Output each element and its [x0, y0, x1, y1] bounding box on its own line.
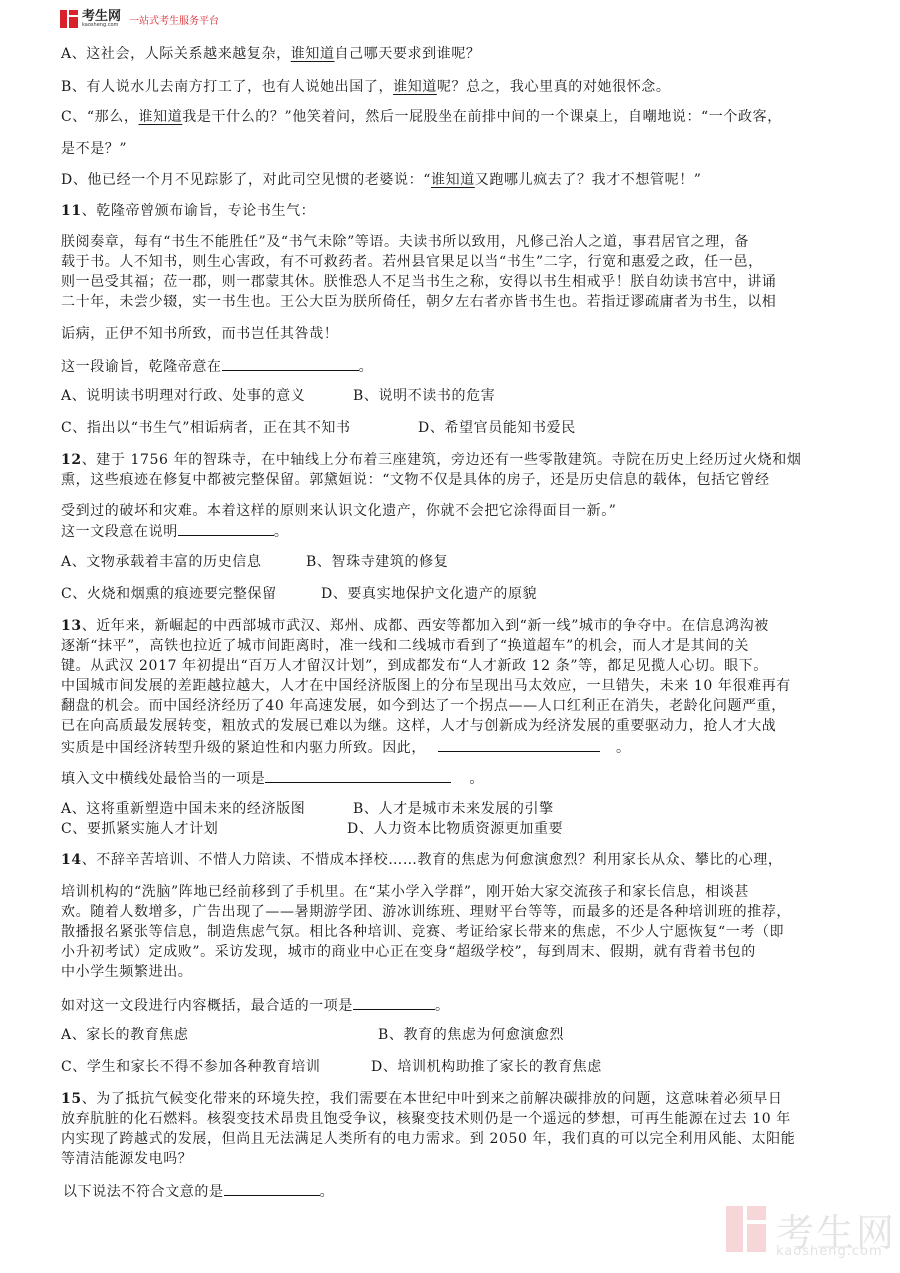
q12-passage-line: 受到过的破坏和灾难。本着这样的原则来认识文化遗产，你就不会把它涂得面目一新。”	[61, 502, 617, 520]
q11-passage-line: 二十年，未尝少辍，实一书生也。王公大臣为朕所倚任，朝夕左右者亦皆书生也。若指迂谬…	[61, 293, 776, 311]
q13-option-d: D、人力资本比物质资源更加重要	[347, 820, 563, 838]
passage-text: 、近年来，新崛起的中西部城市武汉、郑州、成都、西安等都加入到“新一线”城市的争夺…	[82, 618, 769, 634]
q12-passage-line: 12、建于 1756 年的智珠寺，在中轴线上分布着三座建筑，旁边还有一些零散建筑…	[61, 451, 801, 469]
q10-option-b: B、有人说水儿去南方打工了，也有人说她出国了，谁知道呢？总之，我心里真的对她很怀…	[61, 78, 671, 96]
option-text: C、“那么，	[61, 109, 138, 125]
q13-passage-line: 逐渐“抹平”，高铁也拉近了城市间距离时，准一线和二线城市看到了“换道超车”的机会…	[61, 637, 749, 655]
question-number: 11	[61, 203, 82, 219]
q13-option-b: B、人才是城市未来发展的引擎	[353, 800, 554, 818]
passage-text: 、不辞辛苦培训、不惜人力陪读、不惜成本择校……教育的焦虑为何愈演愈烈？利用家长从…	[82, 852, 783, 868]
prompt-text: 这一文段意在说明	[61, 524, 178, 540]
prompt-end: 。	[359, 359, 374, 375]
q13-passage-line: 翻盘的机会。而中国经济经历了40 年高速发展，如今到达了一个拐点——人口红利正在…	[61, 697, 786, 715]
q11-passage-line: 则一邑受其福；莅一郡，则一郡蒙其休。朕惟恐人不足当书生之称，安得以书生相戒乎！朕…	[61, 273, 776, 291]
q15-passage-line: 内实现了跨越式的发展，但尚且无法满足人类所有的电力需求。到 2050 年，我们真…	[61, 1130, 795, 1148]
q14-prompt: 如对这一文段进行内容概括，最合适的一项是。	[61, 995, 450, 1015]
option-text: 呢？总之，我心里真的对她很怀念。	[437, 79, 671, 95]
prompt-text: 这一段谕旨，乾隆帝意在	[61, 359, 222, 375]
underlined-phrase: 谁知道	[393, 79, 437, 95]
q11-option-a: A、说明读书明理对行政、处事的意义	[61, 387, 305, 405]
q12-option-a: A、文物承载着丰富的历史信息	[61, 553, 262, 571]
answer-blank	[353, 995, 435, 1010]
answer-blank	[438, 737, 600, 752]
answer-blank	[224, 1181, 320, 1196]
q10-option-d: D、他已经一个月不见踪影了，对此司空见惯的老婆说：“谁知道又跑哪儿疯去了？我才不…	[61, 171, 702, 189]
question-number: 12	[61, 452, 82, 468]
prompt-text: 如对这一文段进行内容概括，最合适的一项是	[61, 998, 353, 1014]
q12-option-b: B、智珠寺建筑的修复	[306, 553, 448, 571]
q11-title: 11、乾隆帝曾颁布谕旨，专论书生气：	[61, 202, 315, 220]
q13-passage-line: 键。从武汉 2017 年初提出“百万人才留汉计划”，到成都发布“人才新政 12 …	[61, 657, 768, 675]
watermark-logo-icon	[726, 1206, 766, 1252]
q14-option-b: B、教育的焦虑为何愈演愈烈	[378, 1026, 564, 1044]
answer-blank	[222, 356, 359, 371]
q15-passage-line: 放弃肮脏的化石燃料。核裂变技术昂贵且饱受争议，核聚变技术则仍是一个遥远的梦想，可…	[61, 1110, 791, 1128]
site-header: 考生网 kaosheng.com 一站式考生服务平台	[60, 7, 219, 31]
q14-passage-line: 小升初考试）定成败”。采访发现，城市的商业中心正在变身“超级学校”，每到周末、假…	[61, 943, 756, 961]
q11-passage-line: 载于书。人不知书，则生心害政，有不可救药者。若州县官果足以当“书生”二字，行宽和…	[61, 253, 763, 271]
prompt-text: 以下说法不符合文意的是	[63, 1184, 224, 1200]
q11-option-c: C、指出以“书生气”相诟病者，正在其不知书	[61, 419, 351, 437]
underlined-phrase: 谁知道	[138, 109, 182, 125]
answer-blank	[178, 521, 274, 536]
prompt-text: 填入文中横线处最恰当的一项是	[61, 771, 265, 787]
question-number: 14	[61, 852, 82, 868]
q11-passage-line: 诟病，正伊不知书所致，而书岂任其咎哉！	[61, 325, 338, 343]
q13-passage-line: 实质是中国经济转型升级的紧迫性和内驱力所致。因此，。	[61, 737, 631, 757]
q11-prompt: 这一段谕旨，乾隆帝意在。	[61, 356, 373, 376]
logo-en-text: kaosheng.com	[82, 23, 121, 28]
logo-wordmark: 考生网 kaosheng.com	[82, 10, 121, 28]
q14-option-a: A、家长的教育焦虑	[61, 1026, 189, 1044]
prompt-end: 。	[320, 1184, 335, 1200]
passage-text: 、为了抵抗气候变化带来的环境失控，我们需要在本世纪中叶到来之前解决碳排放的问题，…	[82, 1091, 783, 1107]
underlined-phrase: 谁知道	[291, 46, 335, 62]
prompt-end: 。	[274, 524, 289, 540]
q14-passage-line: 中小学生频繁进出。	[61, 963, 192, 981]
q12-passage-line: 熏，这些痕迹在修复中都被完整保留。郭黛姮说：“文物不仅是具体的房子，还是历史信息…	[61, 471, 770, 489]
q11-option-d: D、希望官员能知书爱民	[418, 419, 576, 437]
q12-option-d: D、要真实地保护文化遗产的原貌	[321, 585, 537, 603]
answer-blank	[265, 768, 451, 783]
question-number: 15	[61, 1091, 82, 1107]
passage-text: 、建于 1756 年的智珠寺，在中轴线上分布着三座建筑，旁边还有一些零散建筑。寺…	[82, 452, 802, 468]
passage-text: 实质是中国经济转型升级的紧迫性和内驱力所致。因此，	[61, 740, 426, 756]
q13-passage-line: 已在向高质最发展转变，粗放式的发展已难以为继。这样，人才与创新成为经济发展的重要…	[61, 717, 776, 735]
passage-end: 。	[616, 740, 631, 756]
option-text: 又跑哪儿疯去了？我才不想管呢！”	[475, 172, 702, 188]
q10-option-c: C、“那么，谁知道我是干什么的？”他笑着问，然后一屁股坐在前排中间的一个课桌上，…	[61, 108, 782, 126]
q13-passage-line: 13、近年来，新崛起的中西部城市武汉、郑州、成都、西安等都加入到“新一线”城市的…	[61, 617, 769, 635]
q13-prompt: 填入文中横线处最恰当的一项是。	[61, 768, 484, 788]
watermark-en-text: kaosheng.com	[776, 1244, 883, 1259]
q13-passage-line: 中国城市间发展的差距越拉越大，人才在中国经济版图上的分布呈现出马太效应，一旦错失…	[61, 677, 791, 695]
prompt-end: 。	[435, 998, 450, 1014]
option-text: 我是干什么的？”他笑着问，然后一屁股坐在前排中间的一个课桌上，自嘲地说：“一个政…	[182, 109, 782, 125]
q14-option-c: C、学生和家长不得不参加各种教育培训	[61, 1058, 321, 1076]
q13-option-c: C、要抓紧实施人才计划	[61, 820, 218, 838]
option-text: B、有人说水儿去南方打工了，也有人说她出国了，	[61, 79, 393, 95]
q14-passage-line: 培训机构的“洗脑”阵地已经前移到了手机里。在“某小学入学群”，刚开始大家交流孩子…	[61, 883, 749, 901]
kaosheng-logo-icon	[60, 10, 78, 28]
option-text: D、他已经一个月不见踪影了，对此司空见惯的老婆说：“	[61, 172, 431, 188]
header-slogan: 一站式考生服务平台	[129, 12, 219, 27]
q10-option-a: A、这社会，人际关系越来越复杂，谁知道自己哪天要求到谁呢？	[61, 45, 481, 63]
q15-passage-line: 15、为了抵抗气候变化带来的环境失控，我们需要在本世纪中叶到来之前解决碳排放的问…	[61, 1090, 782, 1108]
q14-passage-line: 欢。随着人数增多，广告出现了——暑期游学团、游冰训练班、理财平台等等，而最多的还…	[61, 903, 791, 921]
question-title: 、乾隆帝曾颁布谕旨，专论书生气：	[82, 203, 316, 219]
q13-option-a: A、这将重新塑造中国未来的经济版图	[61, 800, 305, 818]
q15-prompt: 以下说法不符合文意的是。	[63, 1181, 334, 1201]
q12-option-c: C、火烧和烟熏的痕迹要完整保留	[61, 585, 277, 603]
kaosheng-watermark: 考生网 kaosheng.com	[726, 1206, 896, 1266]
option-text: 自己哪天要求到谁呢？	[335, 46, 481, 62]
q14-title: 14、不辞辛苦培训、不惜人力陪读、不惜成本择校……教育的焦虑为何愈演愈烈？利用家…	[61, 851, 782, 869]
prompt-end: 。	[469, 771, 484, 787]
q15-passage-line: 等清洁能源发电吗？	[61, 1150, 192, 1168]
option-text: A、这社会，人际关系越来越复杂，	[61, 46, 291, 62]
q10-option-c-cont: 是不是？”	[61, 140, 127, 158]
q11-option-b: B、说明不读书的危害	[353, 387, 495, 405]
underlined-phrase: 谁知道	[431, 172, 475, 188]
q12-prompt: 这一文段意在说明。	[61, 521, 288, 541]
q14-passage-line: 散播报名紧张等信息，制造焦虑气氛。相比各种培训、竞赛、考证给家长带来的焦虑，不少…	[61, 923, 784, 941]
question-number: 13	[61, 618, 82, 634]
q11-passage-line: 朕阅奏章，每有“书生不能胜任”及“书气未除”等语。夫读书所以致用，凡修己治人之道…	[61, 233, 749, 251]
q14-option-d: D、培训机构助推了家长的教育焦虑	[371, 1058, 602, 1076]
